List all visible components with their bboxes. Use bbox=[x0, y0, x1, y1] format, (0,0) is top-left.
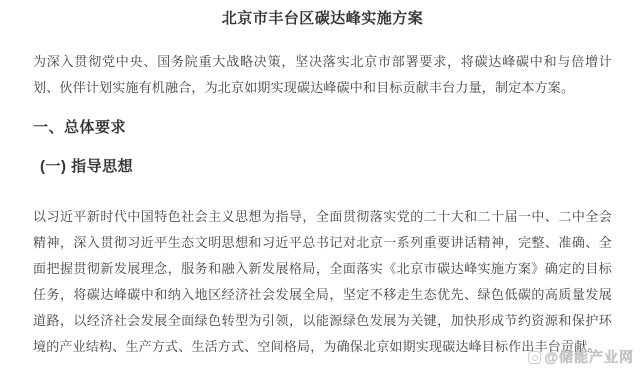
subsection-heading-guiding-ideology: (一) 指导思想 bbox=[33, 154, 612, 180]
document-page: 北京市丰台区碳达峰实施方案 为深入贯彻党中央、国务院重大战略决策，坚决落实北京市… bbox=[0, 0, 640, 373]
document-title: 北京市丰台区碳达峰实施方案 bbox=[33, 8, 612, 30]
section-heading-overall-requirements: 一、总体要求 bbox=[33, 115, 612, 141]
body-paragraph: 以习近平新时代中国特色社会主义思想为指导，全面贯彻落实党的二十大和二十届一中、二… bbox=[33, 204, 612, 360]
intro-paragraph: 为深入贯彻党中央、国务院重大战略决策，坚决落实北京市部署要求，将碳达峰碳中和与倍… bbox=[33, 49, 612, 101]
